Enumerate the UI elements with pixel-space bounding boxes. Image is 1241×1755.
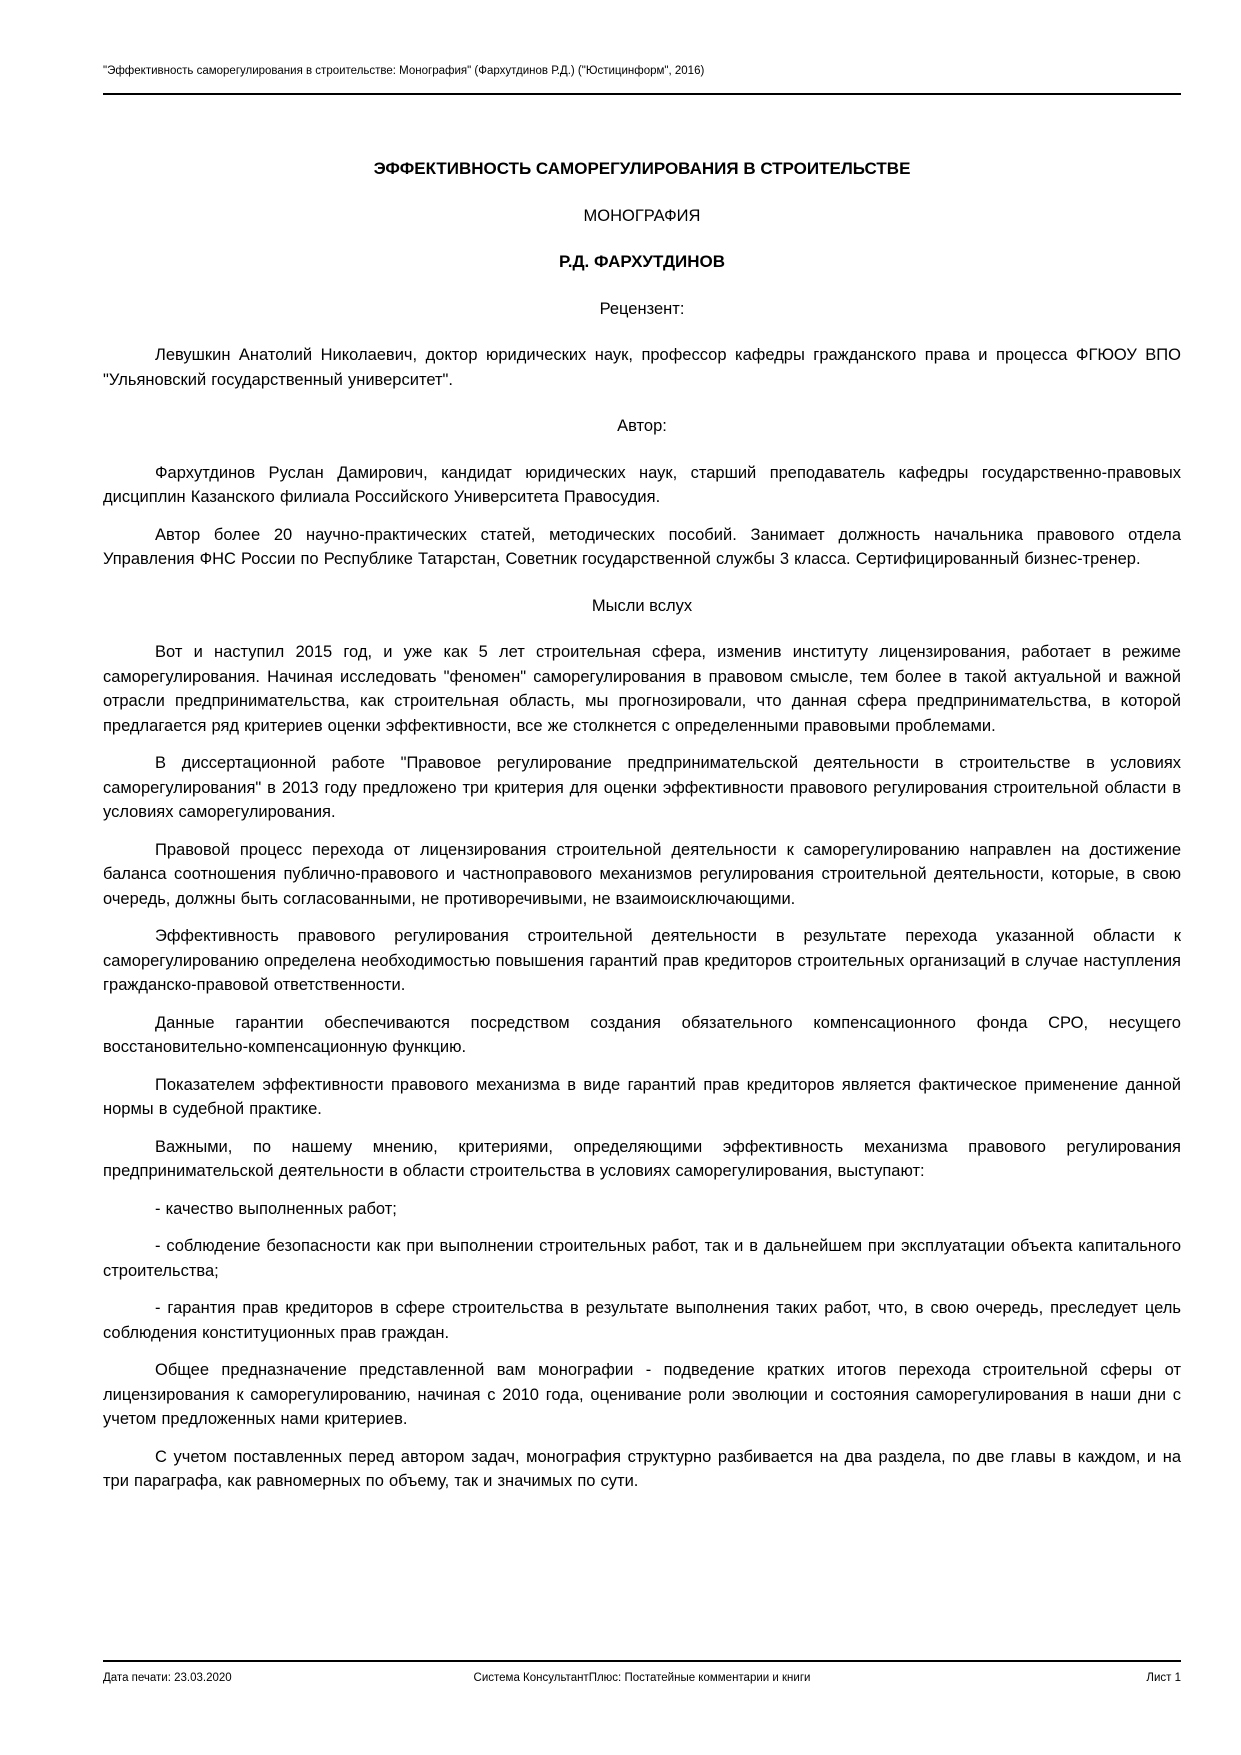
footer-page-number: Лист 1 (912, 1671, 1182, 1685)
list-item-creditor-rights: - гарантия прав кредиторов в сфере строи… (103, 1296, 1181, 1345)
page-title: ЭФФЕКТИВНОСТЬ САМОРЕГУЛИРОВАНИЯ В СТРОИТ… (103, 157, 1181, 182)
paragraph-author-info: Фархутдинов Руслан Дамирович, кандидат ю… (103, 461, 1181, 510)
section-heading-reviewer: Рецензент: (103, 297, 1181, 322)
header-citation: "Эффективность саморегулирования в строи… (103, 0, 1181, 95)
header-citation-text: "Эффективность саморегулирования в строи… (103, 65, 704, 77)
paragraph: Показателем эффективности правового меха… (103, 1073, 1181, 1122)
footer-print-date: Дата печати: 23.03.2020 (103, 1671, 373, 1685)
paragraph: С учетом поставленных перед автором зада… (103, 1445, 1181, 1494)
paragraph: Вот и наступил 2015 год, и уже как 5 лет… (103, 640, 1181, 738)
document-body: ЭФФЕКТИВНОСТЬ САМОРЕГУЛИРОВАНИЯ В СТРОИТ… (103, 95, 1181, 1494)
author-name: Р.Д. ФАРХУТДИНОВ (103, 250, 1181, 275)
paragraph: Эффективность правового регулирования ст… (103, 924, 1181, 998)
paragraph: Важными, по нашему мнению, критериями, о… (103, 1135, 1181, 1184)
paragraph-reviewer-info: Левушкин Анатолий Николаевич, доктор юри… (103, 343, 1181, 392)
paragraph-author-bio: Автор более 20 научно-практических стате… (103, 523, 1181, 572)
section-heading-thoughts: Мысли вслух (103, 594, 1181, 619)
document-page: "Эффективность саморегулирования в строи… (103, 0, 1181, 1755)
subtitle-monograph: МОНОГРАФИЯ (103, 204, 1181, 229)
footer-system-name: Система КонсультантПлюс: Постатейные ком… (373, 1671, 912, 1685)
paragraph: В диссертационной работе "Правовое регул… (103, 751, 1181, 825)
page-footer: Дата печати: 23.03.2020 Система Консульт… (103, 1660, 1181, 1685)
paragraph: Правовой процесс перехода от лицензирова… (103, 838, 1181, 912)
list-item-safety: - соблюдение безопасности как при выполн… (103, 1234, 1181, 1283)
section-heading-author: Автор: (103, 414, 1181, 439)
paragraph: Общее предназначение представленной вам … (103, 1358, 1181, 1432)
list-item-quality: - качество выполненных работ; (103, 1197, 1181, 1222)
paragraph: Данные гарантии обеспечиваются посредств… (103, 1011, 1181, 1060)
